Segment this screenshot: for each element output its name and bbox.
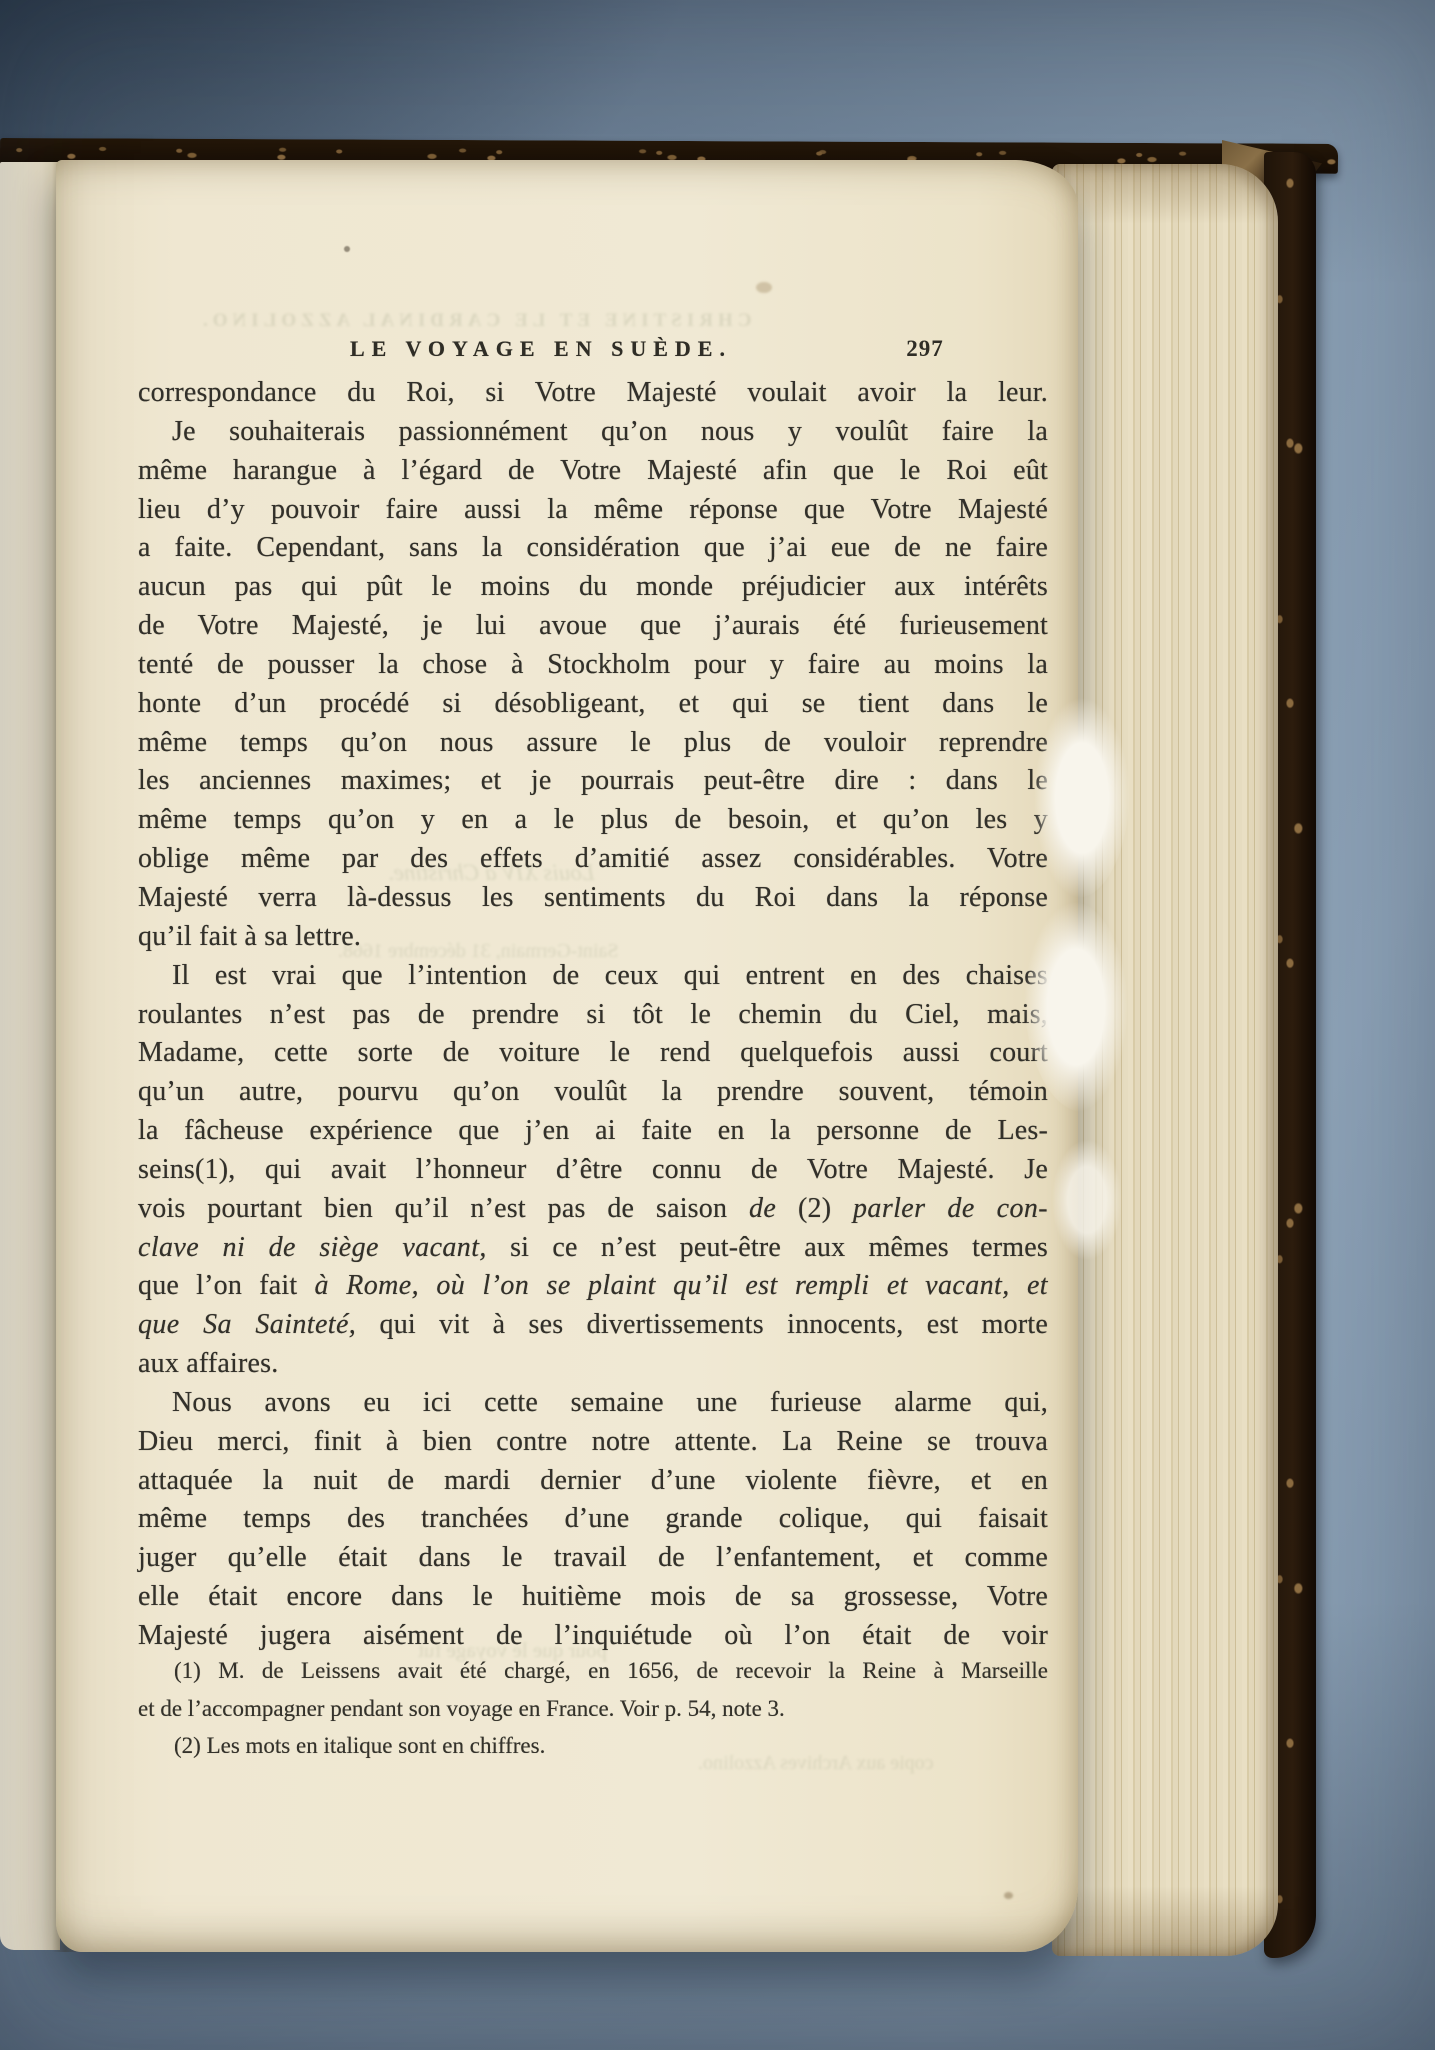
text-line: de Votre Majesté, je lui avoue que j’aur…	[138, 607, 1048, 646]
text-line: (2) Les mots en italique sont en chiffre…	[138, 1727, 1048, 1765]
text-line: (1) M. de Leissens avait été chargé, en …	[138, 1652, 1048, 1690]
text-line: tenté de pousser la chose à Stockholm po…	[138, 646, 1048, 685]
text-line: même temps qu’on nous assure le plus de …	[138, 724, 1048, 763]
text-line: qu’il fait à sa lettre.	[138, 918, 1048, 957]
text-line: que l’on fait à Rome, où l’on se plaint …	[138, 1267, 1048, 1306]
text-line: elle était encore dans le huitième mois …	[138, 1578, 1048, 1617]
book: CHRISTINE ET LE CARDINAL AZZOLINO. Louis…	[0, 138, 1345, 1973]
text-line: Majesté verra là-dessus les sentiments d…	[138, 879, 1048, 918]
text-line: les anciennes maximes; et je pourrais pe…	[138, 762, 1048, 801]
text-line: aux affaires.	[138, 1345, 1048, 1384]
text-line: aucun pas qui pût le moins du monde préj…	[138, 568, 1048, 607]
footnotes: (1) M. de Leissens avait été chargé, en …	[138, 1652, 1048, 1765]
text-line: qu’un autre, pourvu qu’on voulût la pren…	[138, 1073, 1048, 1112]
text-line: la fâcheuse expérience que j’en ai faite…	[138, 1112, 1048, 1151]
text-line: clave ni de siège vacant, si ce n’est pe…	[138, 1229, 1048, 1268]
text-line: honte d’un procédé si désobligeant, et q…	[138, 685, 1048, 724]
page-number: 297	[906, 336, 944, 362]
text-line: Majesté jugera aisément de l’inquiétude …	[138, 1617, 1048, 1656]
text-line: oblige même par des effets d’amitié asse…	[138, 840, 1048, 879]
text-line: Nous avons eu ici cette semaine une furi…	[138, 1384, 1048, 1423]
text-line: a faite. Cependant, sans la considératio…	[138, 529, 1048, 568]
text-line: Il est vrai que l’intention de ceux qui …	[138, 957, 1048, 996]
text-line: seins(1), qui avait l’honneur d’être con…	[138, 1151, 1048, 1190]
text-line: même temps des tranchées d’une grande co…	[138, 1500, 1048, 1539]
text-line: et de l’accompagner pendant son voyage e…	[138, 1690, 1048, 1728]
text-line: Dieu merci, finit à bien contre notre at…	[138, 1423, 1048, 1462]
text-line: que Sa Sainteté, qui vit à ses divertiss…	[138, 1306, 1048, 1345]
page-edge-chip	[1052, 1140, 1122, 1260]
text-line: même temps qu’on y en a le plus de besoi…	[138, 801, 1048, 840]
text-line: attaquée la nuit de mardi dernier d’une …	[138, 1462, 1048, 1501]
page-title: LE VOYAGE EN SUÈDE.	[350, 336, 732, 362]
text-line: juger qu’elle était dans le travail de l…	[138, 1539, 1048, 1578]
text-line: Madame, cette sorte de voiture le rend q…	[138, 1034, 1048, 1073]
text-line: vois pourtant bien qu’il n’est pas de sa…	[138, 1190, 1048, 1229]
text-line: roulantes n’est pas de prendre si tôt le…	[138, 996, 1048, 1035]
running-head: LE VOYAGE EN SUÈDE. 297	[138, 336, 1048, 366]
ghost-text: CHRISTINE ET LE CARDINAL AZZOLINO.	[198, 310, 751, 332]
text-line: même harangue à l’égard de Votre Majesté…	[138, 452, 1048, 491]
page-body-text: correspondance du Roi, si Votre Majesté …	[138, 374, 1048, 1656]
text-line: lieu d’y pouvoir faire aussi la même rép…	[138, 491, 1048, 530]
book-page: CHRISTINE ET LE CARDINAL AZZOLINO. Louis…	[56, 160, 1078, 1952]
photo-background: CHRISTINE ET LE CARDINAL AZZOLINO. Louis…	[0, 0, 1435, 2050]
facing-page-strip	[0, 162, 60, 1950]
text-line: Je souhaiterais passionnément qu’on nous…	[138, 413, 1048, 452]
text-line: correspondance du Roi, si Votre Majesté …	[138, 374, 1048, 413]
printed-text-area: CHRISTINE ET LE CARDINAL AZZOLINO. Louis…	[138, 160, 1048, 1952]
